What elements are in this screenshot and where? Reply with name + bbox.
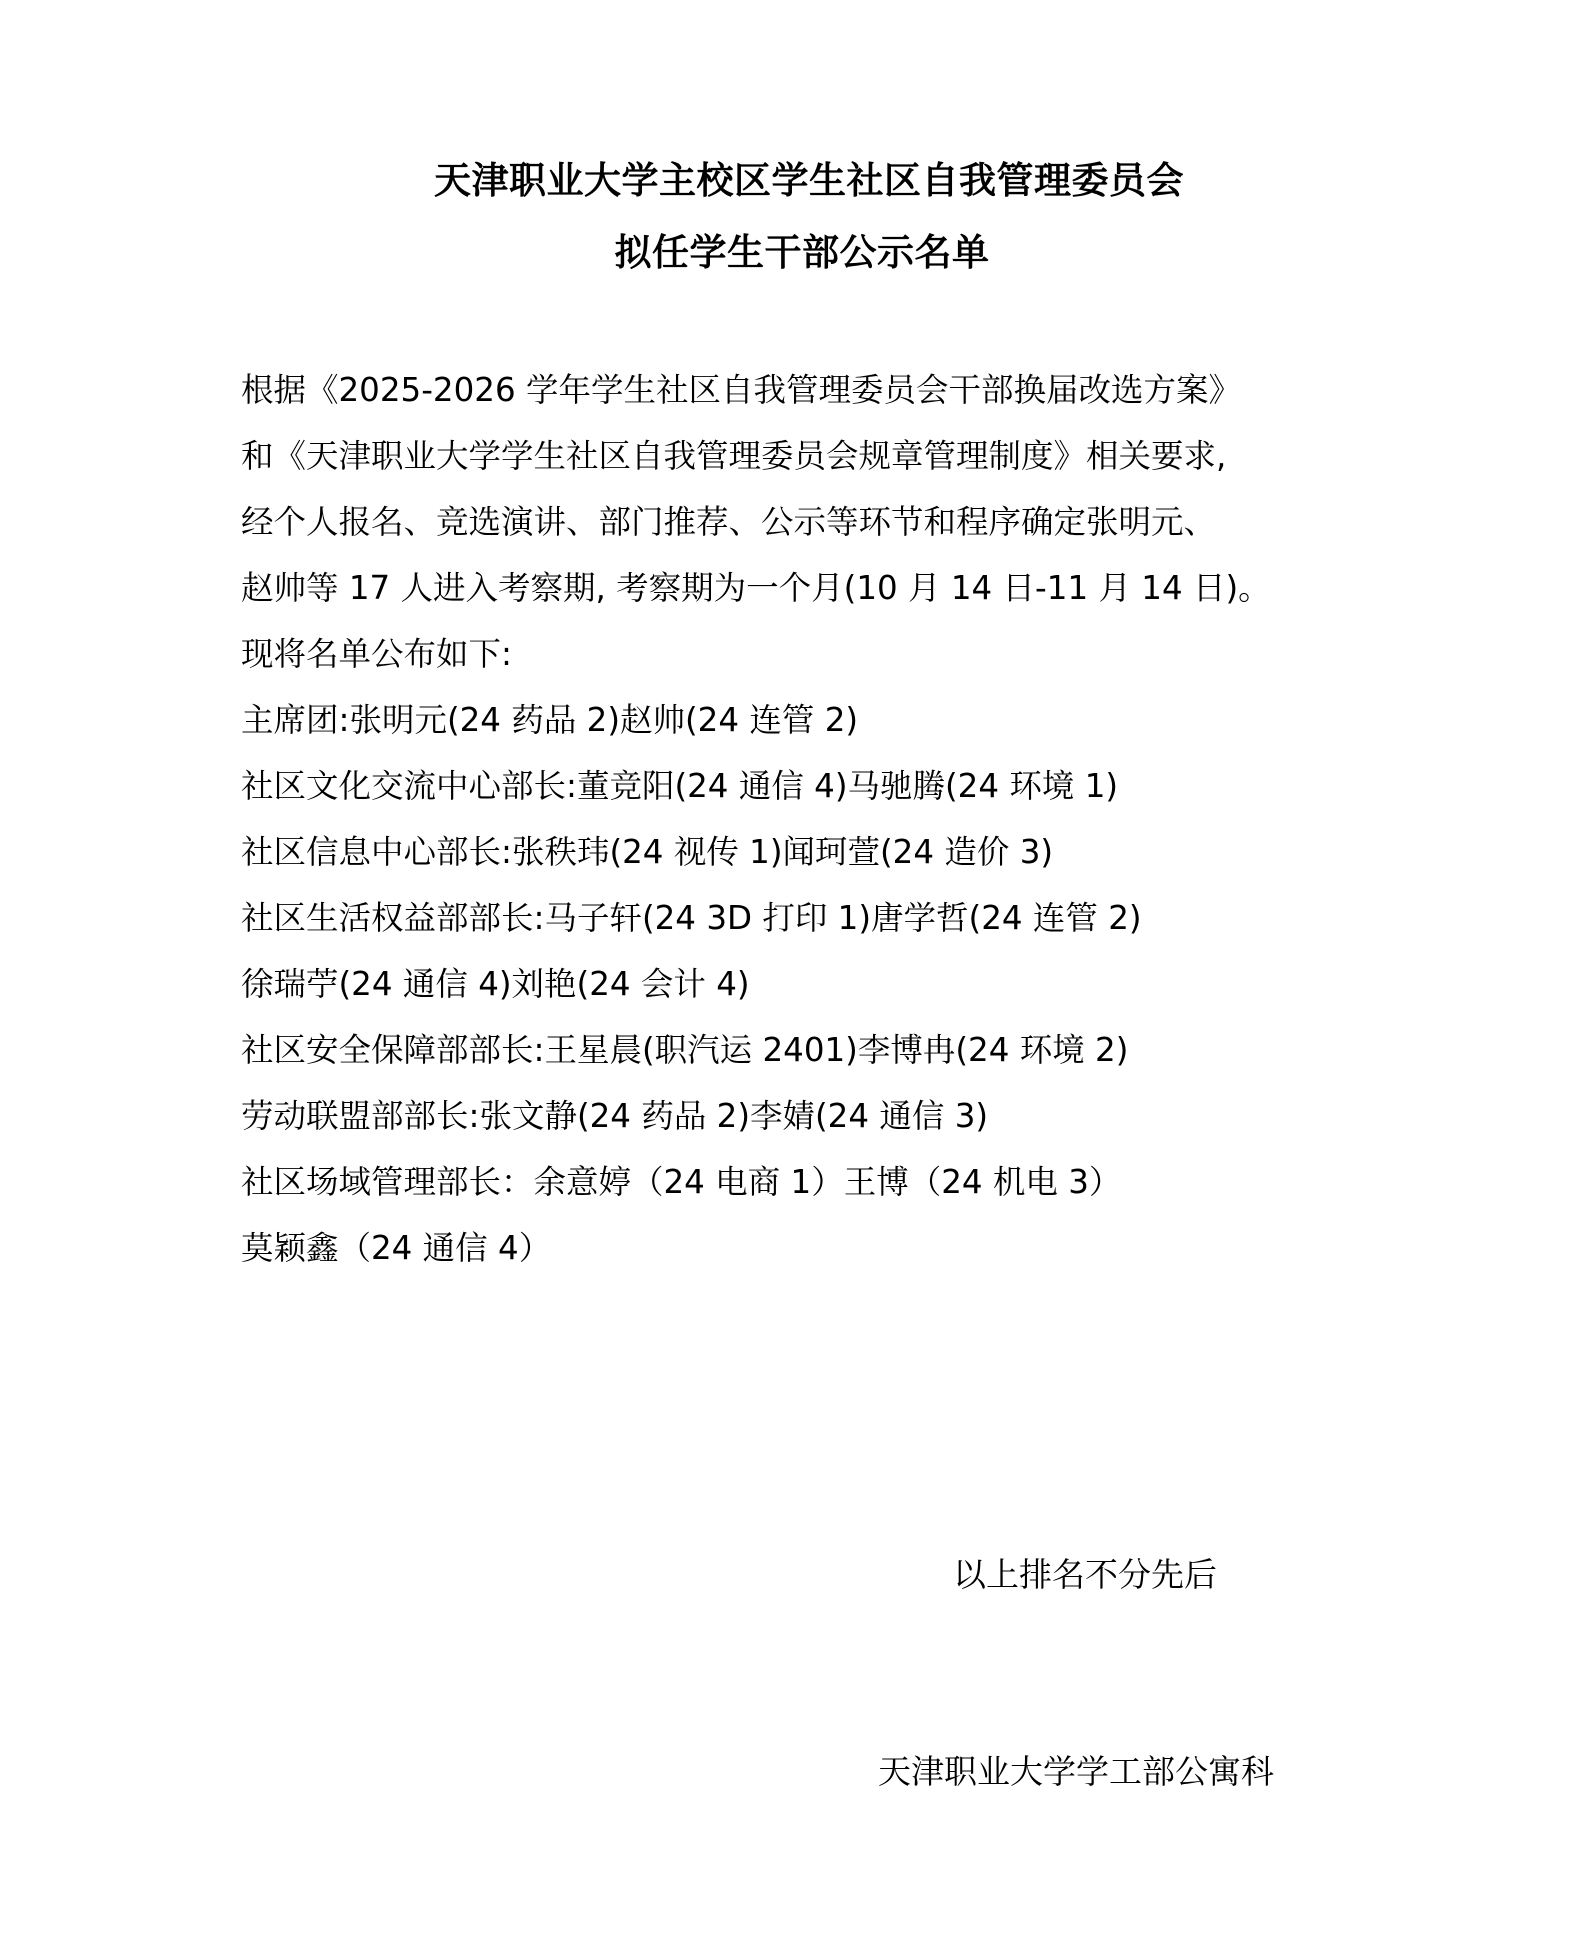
roster-line-information-center: 社区信息中心部长:张秩玮(24 视传 1)闻珂萱(24 造价 3) <box>241 830 1053 874</box>
roster-line-culture-exchange: 社区文化交流中心部长:董竞阳(24 通信 4)马驰腾(24 环境 1) <box>241 764 1118 808</box>
intro-line: 赵帅等 17 人进入考察期, 考察期为一个月(10 月 14 日-11 月 14… <box>241 566 1271 610</box>
roster-line-labor-alliance: 劳动联盟部部长:张文静(24 药品 2)李婧(24 通信 3) <box>241 1094 988 1138</box>
document-title-line-2: 拟任学生干部公示名单 <box>9 228 1586 278</box>
intro-line: 现将名单公布如下: <box>241 632 512 676</box>
document-title-line-1: 天津职业大学主校区学生社区自我管理委员会 <box>16 156 1586 206</box>
issuer-signature: 天津职业大学学工部公寓科 <box>878 1750 1274 1794</box>
ordering-note: 以上排名不分先后 <box>953 1553 1217 1597</box>
intro-line: 经个人报名、竞选演讲、部门推荐、公示等环节和程序确定张明元、 <box>241 500 1216 544</box>
roster-line-living-rights-cont: 徐瑞苧(24 通信 4)刘艳(24 会计 4) <box>241 962 750 1006</box>
intro-line: 和《天津职业大学学生社区自我管理委员会规章管理制度》相关要求, <box>241 434 1226 478</box>
roster-line-venue-management: 社区场域管理部长：余意婷（24 电商 1）王博（24 机电 3） <box>241 1160 1121 1204</box>
roster-line-living-rights: 社区生活权益部部长:马子轩(24 3D 打印 1)唐学哲(24 连管 2) <box>241 896 1142 940</box>
roster-line-safety: 社区安全保障部部长:王星晨(职汽运 2401)李博冉(24 环境 2) <box>241 1028 1128 1072</box>
document-page: 天津职业大学主校区学生社区自我管理委员会 拟任学生干部公示名单 根据《2025-… <box>0 0 1586 1948</box>
roster-line-presidium: 主席团:张明元(24 药品 2)赵帅(24 连管 2) <box>241 698 858 742</box>
intro-line: 根据《2025-2026 学年学生社区自我管理委员会干部换届改选方案》 <box>241 368 1241 412</box>
roster-line-venue-management-cont: 莫颖鑫（24 通信 4） <box>241 1226 551 1270</box>
